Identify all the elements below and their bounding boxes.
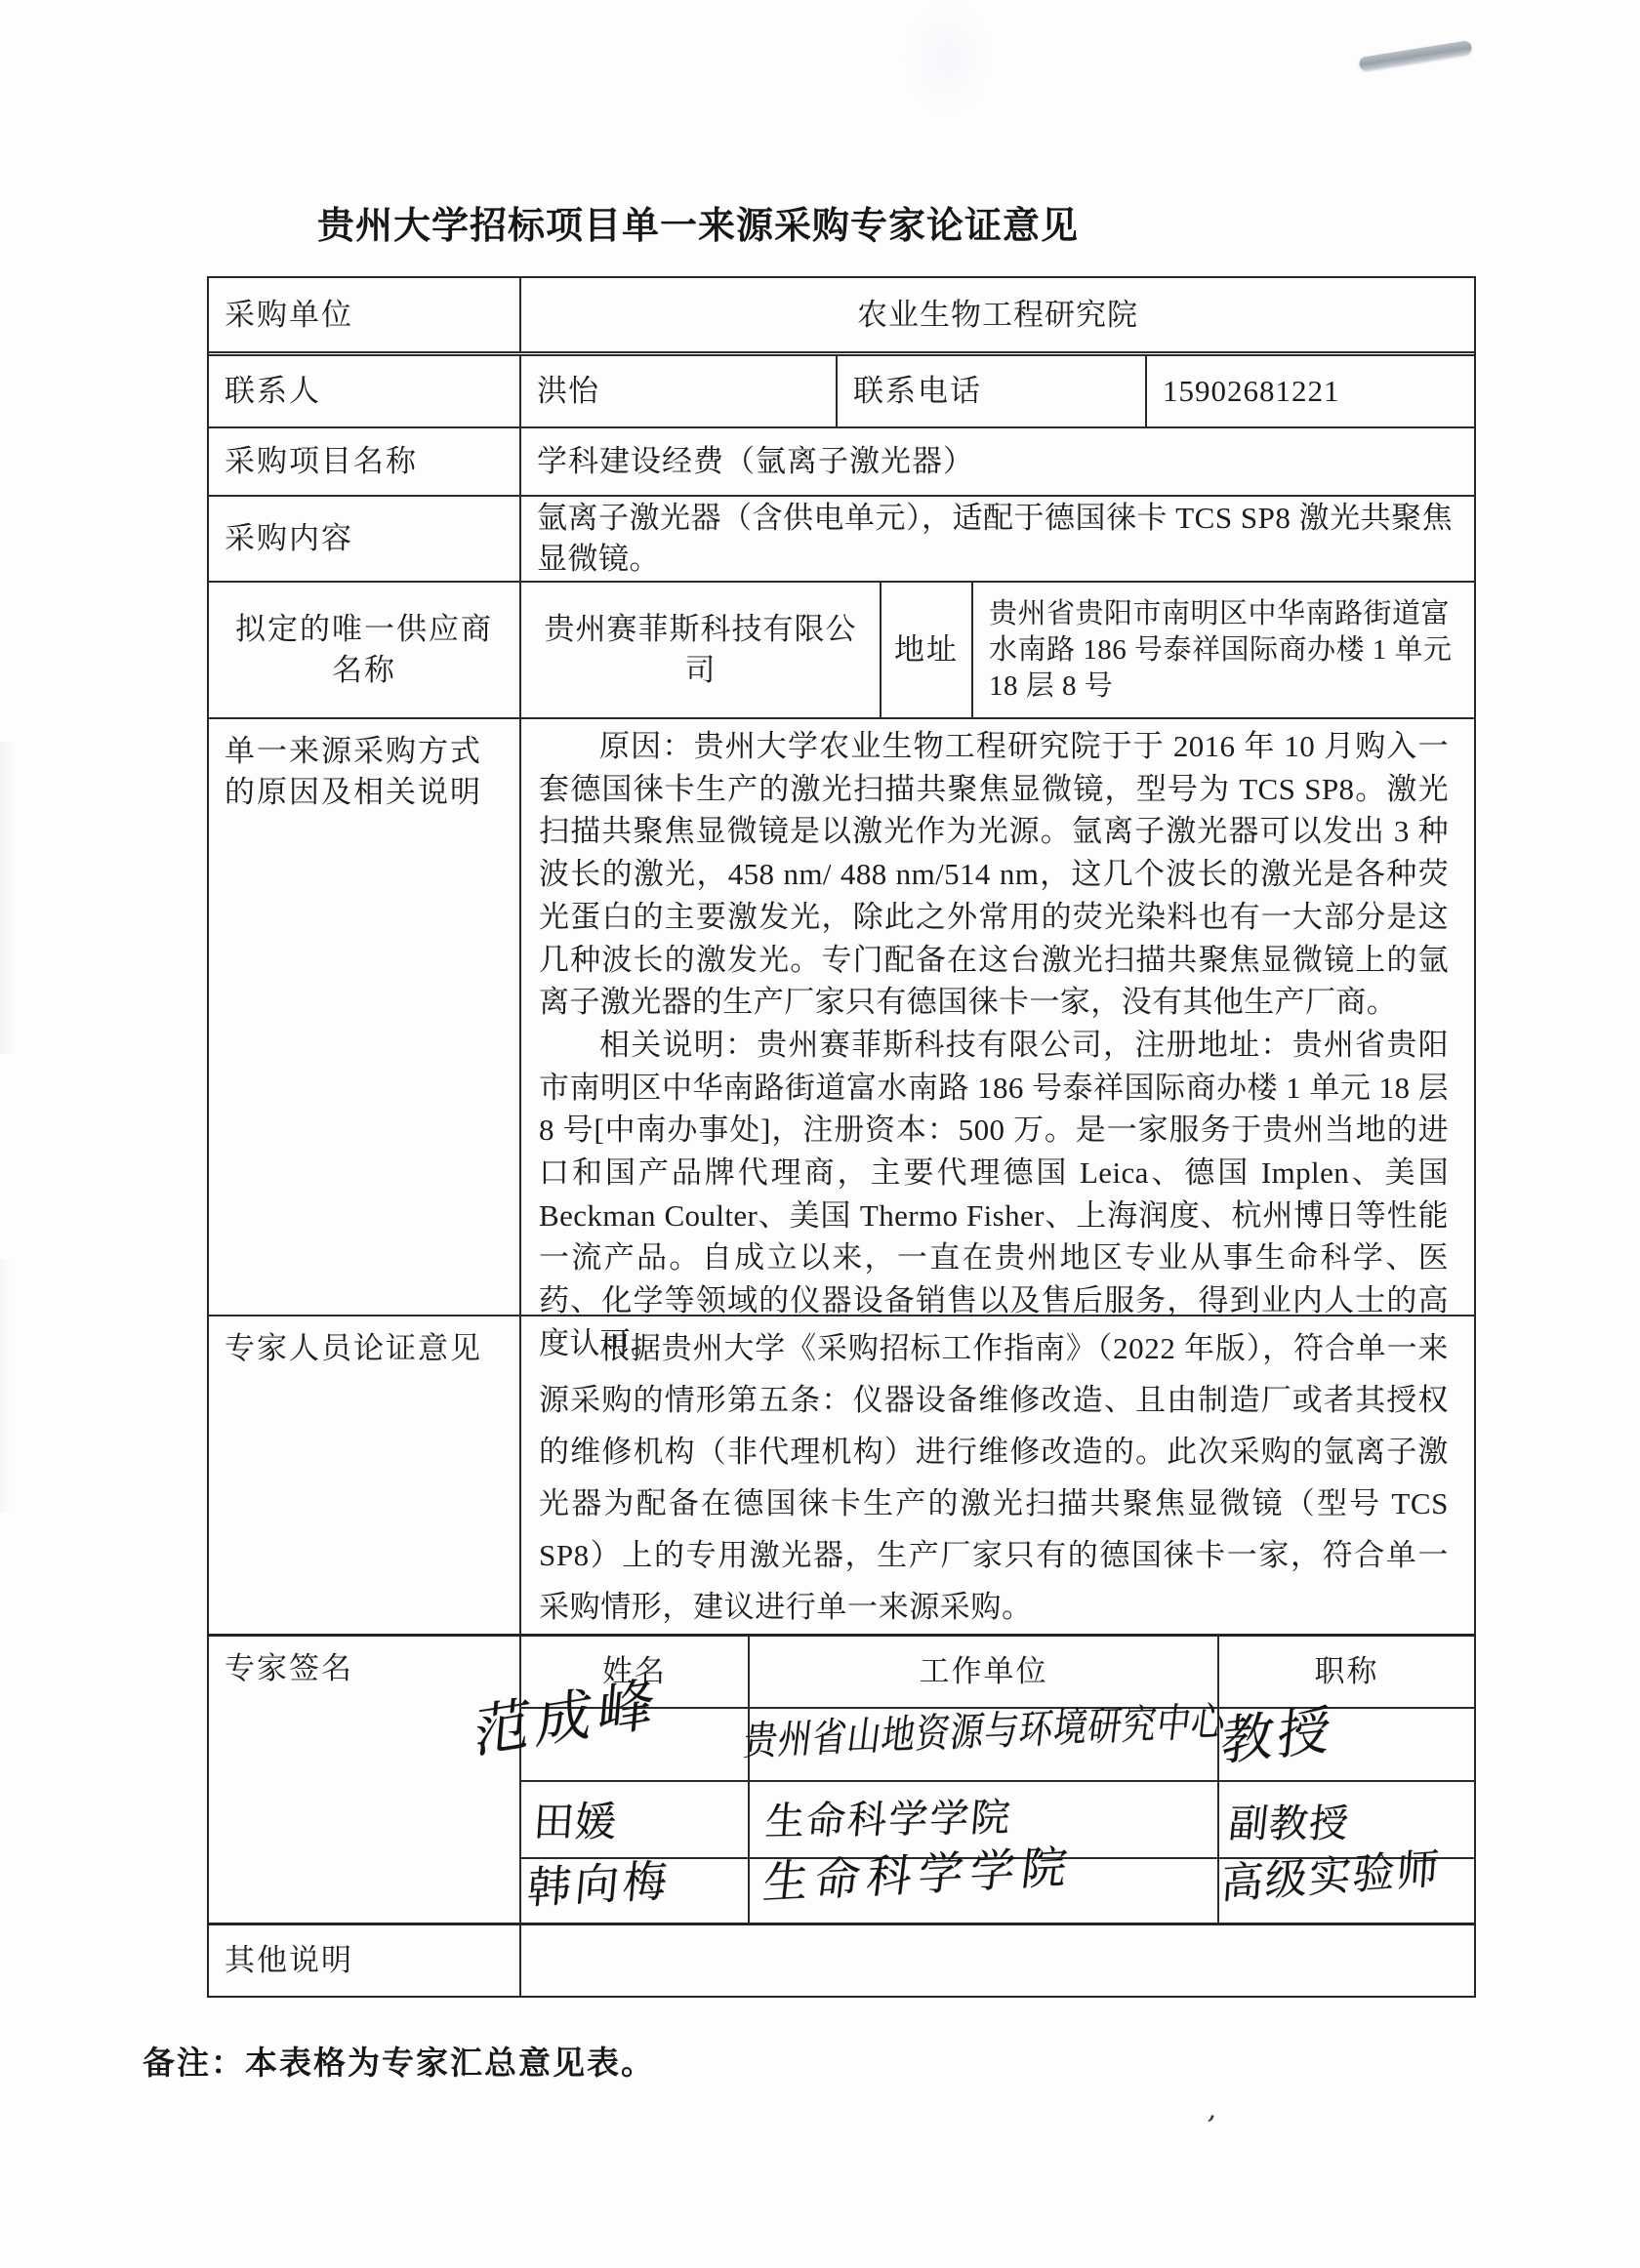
procurement-content-value: 氩离子激光器（含供电单元），适配于德国徕卡 TCS SP8 激光共聚焦显微镜。 <box>519 497 1474 581</box>
handwritten-signature-name: 田媛 <box>531 1796 619 1851</box>
supplier-address-value: 贵州省贵阳市南明区中华南路街道富水南路 186 号泰祥国际商办楼 1 单元 18… <box>971 583 1474 717</box>
purchasing-unit-value: 农业生物工程研究院 <box>519 278 1474 351</box>
handwritten-signature-name: 韩向梅 <box>524 1851 673 1919</box>
signature-3-name: 韩向梅 <box>521 1859 748 1923</box>
signature-subtable: 姓名 工作单位 职称 范成峰 贵州省山地资源与环境研究中心 教授 <box>519 1637 1474 1923</box>
expert-opinion-text: 根据贵州大学《采购招标工作指南》（2022 年版），符合单一来源采购的情形第五条… <box>519 1316 1474 1634</box>
procurement-content-label: 采购内容 <box>209 497 519 581</box>
contact-phone-value: 15902681221 <box>1145 356 1474 426</box>
scan-smudge <box>0 1259 12 1513</box>
signature-header-title: 职称 <box>1217 1637 1474 1707</box>
sole-supplier-name: 贵州赛菲斯科技有限公司 <box>519 583 880 717</box>
row-purchasing-unit: 采购单位 农业生物工程研究院 <box>209 278 1474 351</box>
handwritten-work-unit: 生命科学学院 <box>763 1791 1014 1847</box>
scan-smudge <box>903 0 991 117</box>
procurement-form-table: 采购单位 农业生物工程研究院 联系人 洪怡 联系电话 15902681221 采… <box>207 276 1476 1998</box>
supplier-address-label: 地址 <box>880 583 971 717</box>
contact-phone-label: 联系电话 <box>836 356 1145 426</box>
single-source-reason-text: 原因：贵州大学农业生物工程研究院于于 2016 年 10 月购入一套德国徕卡生产… <box>519 719 1474 1315</box>
other-notes-value <box>519 1925 1474 1996</box>
row-procurement-content: 采购内容 氩离子激光器（含供电单元），适配于德国徕卡 TCS SP8 激光共聚焦… <box>209 495 1474 581</box>
staple-mark <box>1359 40 1473 71</box>
signature-header-unit: 工作单位 <box>748 1637 1217 1707</box>
contact-label: 联系人 <box>209 356 519 426</box>
single-source-reason-label: 单一来源采购方式的原因及相关说明 <box>209 719 519 1315</box>
opinion-paragraph: 根据贵州大学《采购招标工作指南》（2022 年版），符合单一来源采购的情形第五条… <box>539 1322 1449 1633</box>
row-project-name: 采购项目名称 学科建设经费（氩离子激光器） <box>209 426 1474 495</box>
project-name-value: 学科建设经费（氩离子激光器） <box>519 428 1474 495</box>
handwritten-title: 副教授 <box>1226 1798 1352 1850</box>
signature-2-name: 田媛 <box>521 1782 748 1857</box>
sole-supplier-label: 拟定的唯一供应商名称 <box>209 583 519 717</box>
signature-row-1: 范成峰 贵州省山地资源与环境研究中心 教授 <box>521 1707 1474 1779</box>
signature-1-unit: 贵州省山地资源与环境研究中心 <box>748 1709 1217 1779</box>
signature-3-unit: 生命科学学院 <box>748 1859 1217 1923</box>
signature-3-title: 高级实验师 <box>1217 1859 1474 1923</box>
expert-signatures-label: 专家签名 <box>209 1637 519 1923</box>
other-notes-label: 其他说明 <box>209 1925 519 1996</box>
row-expert-opinion: 专家人员论证意见 根据贵州大学《采购招标工作指南》（2022 年版），符合单一来… <box>209 1315 1474 1634</box>
handwritten-title: 教授 <box>1217 1695 1337 1779</box>
reason-paragraph-1: 原因：贵州大学农业生物工程研究院于于 2016 年 10 月购入一套德国徕卡生产… <box>539 725 1449 1024</box>
signature-row-3: 韩向梅 生命科学学院 高级实验师 <box>521 1857 1474 1923</box>
row-contact: 联系人 洪怡 联系电话 15902681221 <box>209 351 1474 426</box>
ink-mark: ’ <box>1201 2109 1217 2144</box>
scanned-document-page: 贵州大学招标项目单一来源采购专家论证意见 采购单位 农业生物工程研究院 联系人 … <box>0 0 1640 2268</box>
document-title: 贵州大学招标项目单一来源采购专家论证意见 <box>0 195 1396 249</box>
contact-name: 洪怡 <box>519 356 836 426</box>
row-single-source-reason: 单一来源采购方式的原因及相关说明 原因：贵州大学农业生物工程研究院于于 2016… <box>209 717 1474 1315</box>
signature-1-name: 范成峰 <box>521 1709 748 1779</box>
project-name-label: 采购项目名称 <box>209 428 519 495</box>
row-sole-supplier: 拟定的唯一供应商名称 贵州赛菲斯科技有限公司 地址 贵州省贵阳市南明区中华南路街… <box>209 581 1474 717</box>
scan-smudge <box>0 742 16 1054</box>
signature-1-title: 教授 <box>1217 1709 1474 1779</box>
reason-paragraph-2: 相关说明：贵州赛菲斯科技有限公司，注册地址：贵州省贵阳市南明区中华南路街道富水南… <box>539 1024 1449 1365</box>
remark-footnote: 备注：本表格为专家汇总意见表。 <box>143 2038 655 2084</box>
row-other-notes: 其他说明 <box>209 1923 1474 1996</box>
expert-opinion-label: 专家人员论证意见 <box>209 1316 519 1634</box>
purchasing-unit-label: 采购单位 <box>209 278 519 351</box>
row-expert-signatures: 专家签名 姓名 工作单位 职称 范成峰 贵州省山地资源与环境研究中心 教授 <box>209 1634 1474 1923</box>
